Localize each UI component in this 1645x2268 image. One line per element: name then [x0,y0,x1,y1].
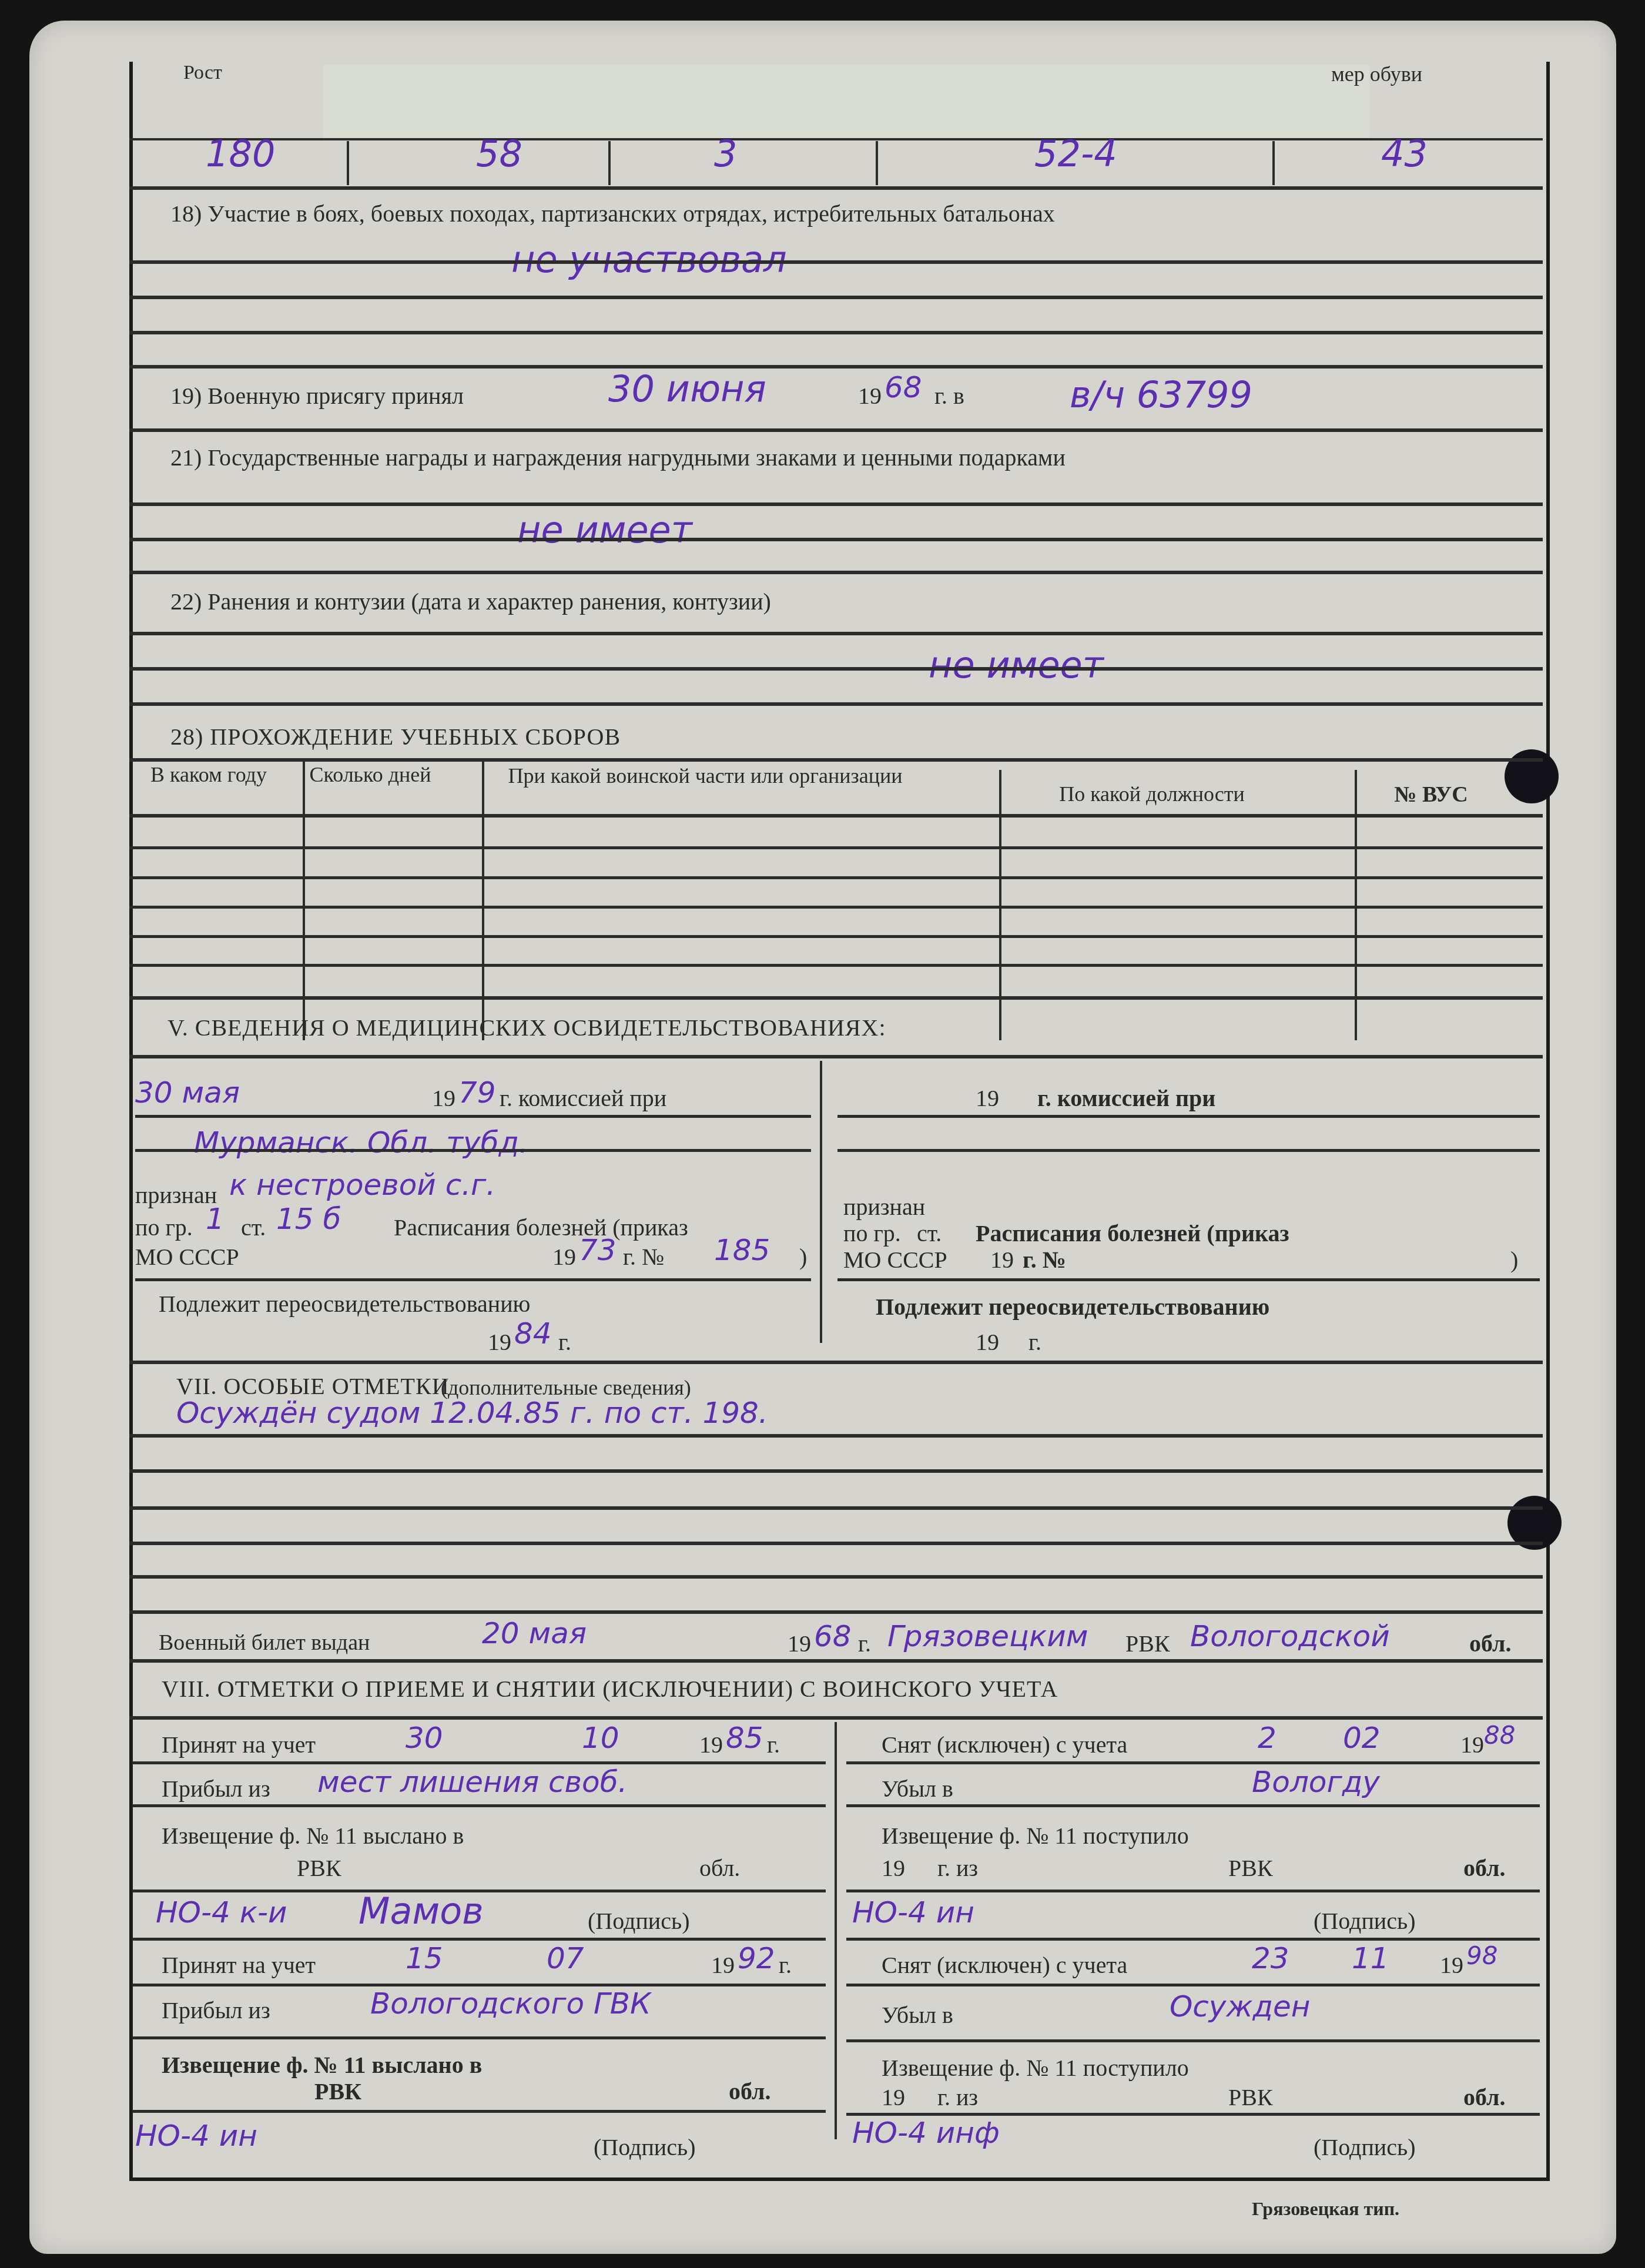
signer: НО-4 инф [852,2116,1000,2150]
med-left-recheck-label: Подлежит переосвидетельствованию [159,1290,530,1318]
rule [129,1610,1543,1614]
section-7-value: Осуждён судом 12.04.85 г. по ст. 198. [176,1396,768,1430]
rule [132,1761,826,1764]
notice-received-label: Извещение ф. № 11 поступило [882,2054,1189,2082]
oath-year: 68 [885,370,922,404]
divider [999,770,1001,1040]
divider [820,1061,822,1343]
arrived-label: Прибыл из [162,1996,270,2024]
removed-year: 98 [1466,1941,1497,1970]
rule [846,1984,1540,1986]
med-left-year-prefix: 19 [432,1084,455,1112]
med-left-group: 1 [206,1202,225,1236]
med-right-year-prefix: 19 [976,1084,999,1112]
rule [129,260,1543,264]
region-label: обл. [729,2078,770,2105]
rule [129,331,1543,334]
section-5-title: V. СВЕДЕНИЯ О МЕДИЦИНСКИХ ОСВИДЕТЕЛЬСТВО… [167,1014,886,1041]
departed-label: Убыл в [882,2001,953,2029]
table-row [129,964,1543,967]
height-value: 180 [206,132,275,175]
removed-month: 02 [1343,1721,1381,1755]
rule [129,996,1543,1000]
rule [129,1542,1543,1545]
col-header-vus: № ВУС [1334,782,1528,808]
divider [876,141,878,185]
arrived-from: мест лишения своб. [317,1765,627,1799]
med-left-recognized: к нестроевой с.г. [229,1168,495,1202]
signature: Мамов [359,1890,484,1932]
rule [129,186,1543,190]
removed-year: 88 [1484,1721,1515,1750]
med-right-order-year-prefix: 19 [990,1246,1014,1274]
paren: ) [1510,1246,1518,1274]
med-right-order-no-label: г. № [1023,1246,1066,1274]
accepted-label: Принят на учет [162,1951,316,1979]
med-left-order-no: 185 [714,1233,770,1267]
col-header-unit: При какой воинской части или организации [464,762,946,789]
departed-to: Вологду [1252,1765,1380,1799]
med-right-schedule-label: Расписания болезней (приказ [976,1220,1289,1247]
oath-suffix: г. в [934,382,964,410]
departed-to: Осужден [1170,1989,1311,2024]
rule [837,1149,1540,1152]
med-left-recheck-year-prefix: 19 [488,1328,511,1356]
from-label: г. из [937,2083,978,2111]
year-label: 19 [882,1854,905,1882]
med-right-article-label: ст. [917,1220,942,1247]
accepted-year: 85 [726,1721,763,1755]
accepted-label: Принят на учет [162,1731,316,1758]
rule [135,1278,811,1281]
signer: НО-4 ин [852,1895,974,1929]
med-right-group-label: по гр. [843,1220,901,1247]
rule [129,1659,1543,1663]
rule [129,1575,1543,1579]
rule [135,1149,811,1152]
section-19-label: 19) Военную присягу принял [170,382,464,410]
ticket-label: Военный билет выдан [159,1630,370,1656]
rule [129,702,1543,706]
rule [129,365,1543,368]
removed-month: 11 [1352,1941,1389,1975]
divider [835,1722,837,2139]
rule [846,1938,1540,1941]
printer-imprint: Грязовецкая тип. [1252,2198,1399,2220]
year-end: г. [558,1328,571,1356]
med-left-group-label: по гр. [135,1214,193,1241]
med-left-commission: Мурманск. Обл. тубд. [194,1125,528,1160]
divider [1272,141,1275,185]
med-left-commission-label: г. комиссией при [500,1084,666,1112]
notice-sent-label: Извещение ф. № 11 выслано в [162,2051,482,2079]
med-left-order-year-prefix: 19 [552,1243,576,1271]
notice-sent-label: Извещение ф. № 11 выслано в [162,1822,464,1850]
med-right-mo-label: МО СССР [843,1246,947,1274]
year-end: г. [767,1731,780,1758]
rvk-label: РВК [1228,2083,1273,2111]
rule [129,632,1543,635]
signer: НО-4 к-и [156,1895,287,1929]
signer: НО-4 ин [135,2119,257,2153]
accepted-day: 30 [406,1721,443,1755]
med-left-article: 15 б [276,1202,341,1236]
year-prefix: 19 [699,1731,723,1758]
rule [132,2036,826,2039]
med-left-recognized-label: признан [135,1181,217,1209]
height-label: Рост [183,62,222,84]
accepted-month: 07 [547,1941,584,1975]
rule [129,502,1543,506]
year-end: г. [858,1630,871,1657]
rule [129,138,1543,140]
shoe-size-label: мер обуви [1331,62,1422,86]
divider [347,141,349,185]
rvk-label: РВК [1228,1854,1273,1882]
col-header-days: Сколько дней [294,761,447,788]
section-28-title: 28) ПРОХОЖДЕНИЕ УЧЕБНЫХ СБОРОВ [170,723,621,751]
departed-label: Убыл в [882,1775,953,1803]
region-label: обл. [699,1854,740,1882]
section-22-label: 22) Ранения и контузии (дата и характер … [170,588,771,615]
rule [132,2110,826,2113]
rule [129,814,1543,818]
table-row [129,906,1543,909]
section-21-value: не имеет [517,508,692,551]
rule [846,1890,1540,1892]
removed-day: 2 [1258,1721,1277,1755]
redaction-patch [323,65,1369,141]
ticket-year-prefix: 19 [788,1630,811,1657]
ticket-region: Вологодской [1190,1619,1390,1653]
signature-label: (Подпись) [1314,2133,1416,2161]
oath-year-prefix: 19 [858,382,882,410]
notice-received-label: Извещение ф. № 11 поступило [882,1822,1189,1850]
ticket-region-suffix: обл. [1469,1630,1511,1657]
rule [837,1278,1540,1281]
med-left-date: 30 мая [135,1076,240,1110]
removed-day: 23 [1252,1941,1289,1975]
rule [129,571,1543,574]
rule [129,428,1543,432]
accepted-year: 92 [738,1941,775,1975]
military-id-page: Рост мер обуви 180 58 3 52-4 43 18) Учас… [29,21,1616,2254]
col3-value: 3 [714,132,737,175]
rule [129,296,1543,299]
med-left-order-no-label: г. № [623,1243,664,1271]
accepted-month: 10 [582,1721,619,1755]
oath-unit: в/ч 63799 [1070,373,1252,416]
med-left-mo-label: МО СССР [135,1243,239,1271]
rule [837,1115,1540,1118]
section-22-value: не имеет [929,644,1104,686]
paren: ) [799,1243,807,1271]
removed-label: Снят (исключен) с учета [882,1731,1127,1758]
section-21-label: 21) Государственные награды и награждени… [170,444,1066,471]
rule [129,1469,1543,1473]
section-18-value: не участвовал [511,238,787,281]
table-row [129,846,1543,849]
year-prefix: 19 [711,1951,735,1979]
signature-label: (Подпись) [594,2133,696,2161]
col2-value: 58 [476,132,522,175]
rule [846,1761,1540,1764]
year-end: г. [779,1951,792,1979]
year-label: 19 [882,2083,905,2111]
arrived-label: Прибыл из [162,1775,270,1803]
med-right-recheck-year-prefix: 19 [976,1328,999,1356]
divider [1355,770,1357,1040]
rule [129,1716,1543,1720]
ticket-year: 68 [814,1619,852,1653]
signature-label: (Подпись) [1314,1907,1416,1935]
col4-value: 52-4 [1034,132,1117,175]
table-row [129,876,1543,879]
rule [135,1115,811,1118]
med-left-schedule-label: Расписания болезней (приказ [394,1214,688,1241]
med-left-recheck-year: 84 [514,1316,552,1351]
oath-date: 30 июня [608,367,766,410]
med-left-order-year: 73 [579,1233,617,1267]
section-18-label: 18) Участие в боях, боевых походах, парт… [170,200,1055,227]
year-prefix: 19 [1460,1731,1484,1758]
rule [129,538,1543,541]
med-left-year: 79 [458,1076,496,1110]
table-row [129,935,1543,938]
col-header-year: В каком году [129,761,288,788]
year-end: г. [1028,1328,1041,1356]
region-label: обл. [1463,1854,1505,1882]
removed-label: Снят (исключен) с учета [882,1951,1127,1979]
ticket-district: Грязовецким [887,1619,1088,1653]
rvk-label: РВК [297,1854,341,1882]
year-prefix: 19 [1440,1951,1463,1979]
rule [129,1361,1543,1364]
med-right-recheck-label: Подлежит переосвидетельствованию [876,1293,1269,1321]
med-right-commission-label: г. комиссией при [1037,1084,1215,1112]
section-8-title: VIII. ОТМЕТКИ О ПРИЕМЕ И СНЯТИИ (ИСКЛЮЧЕ… [162,1675,1058,1703]
form-frame [129,62,1550,2181]
rule [129,1055,1543,1058]
accepted-day: 15 [406,1941,443,1975]
rvk-label: РВК [314,2078,361,2105]
rule [129,1434,1543,1438]
col-header-position: По какой должности [981,782,1322,806]
signature-label: (Подпись) [588,1907,690,1935]
ticket-date: 20 мая [482,1616,587,1650]
from-label: г. из [937,1854,978,1882]
ticket-rvk-label: РВК [1125,1630,1170,1657]
rule [132,1938,826,1941]
rule [846,2039,1540,2042]
region-label: обл. [1463,2083,1505,2111]
rule [129,667,1543,671]
arrived-from: Вологодского ГВК [370,1986,651,2021]
rule [129,1506,1543,1510]
rule [132,1804,826,1807]
shoe-size-value: 43 [1381,132,1428,175]
med-right-recognized-label: признан [843,1193,925,1221]
divider [608,141,611,185]
med-left-article-label: ст. [241,1214,266,1241]
rule [846,1804,1540,1807]
